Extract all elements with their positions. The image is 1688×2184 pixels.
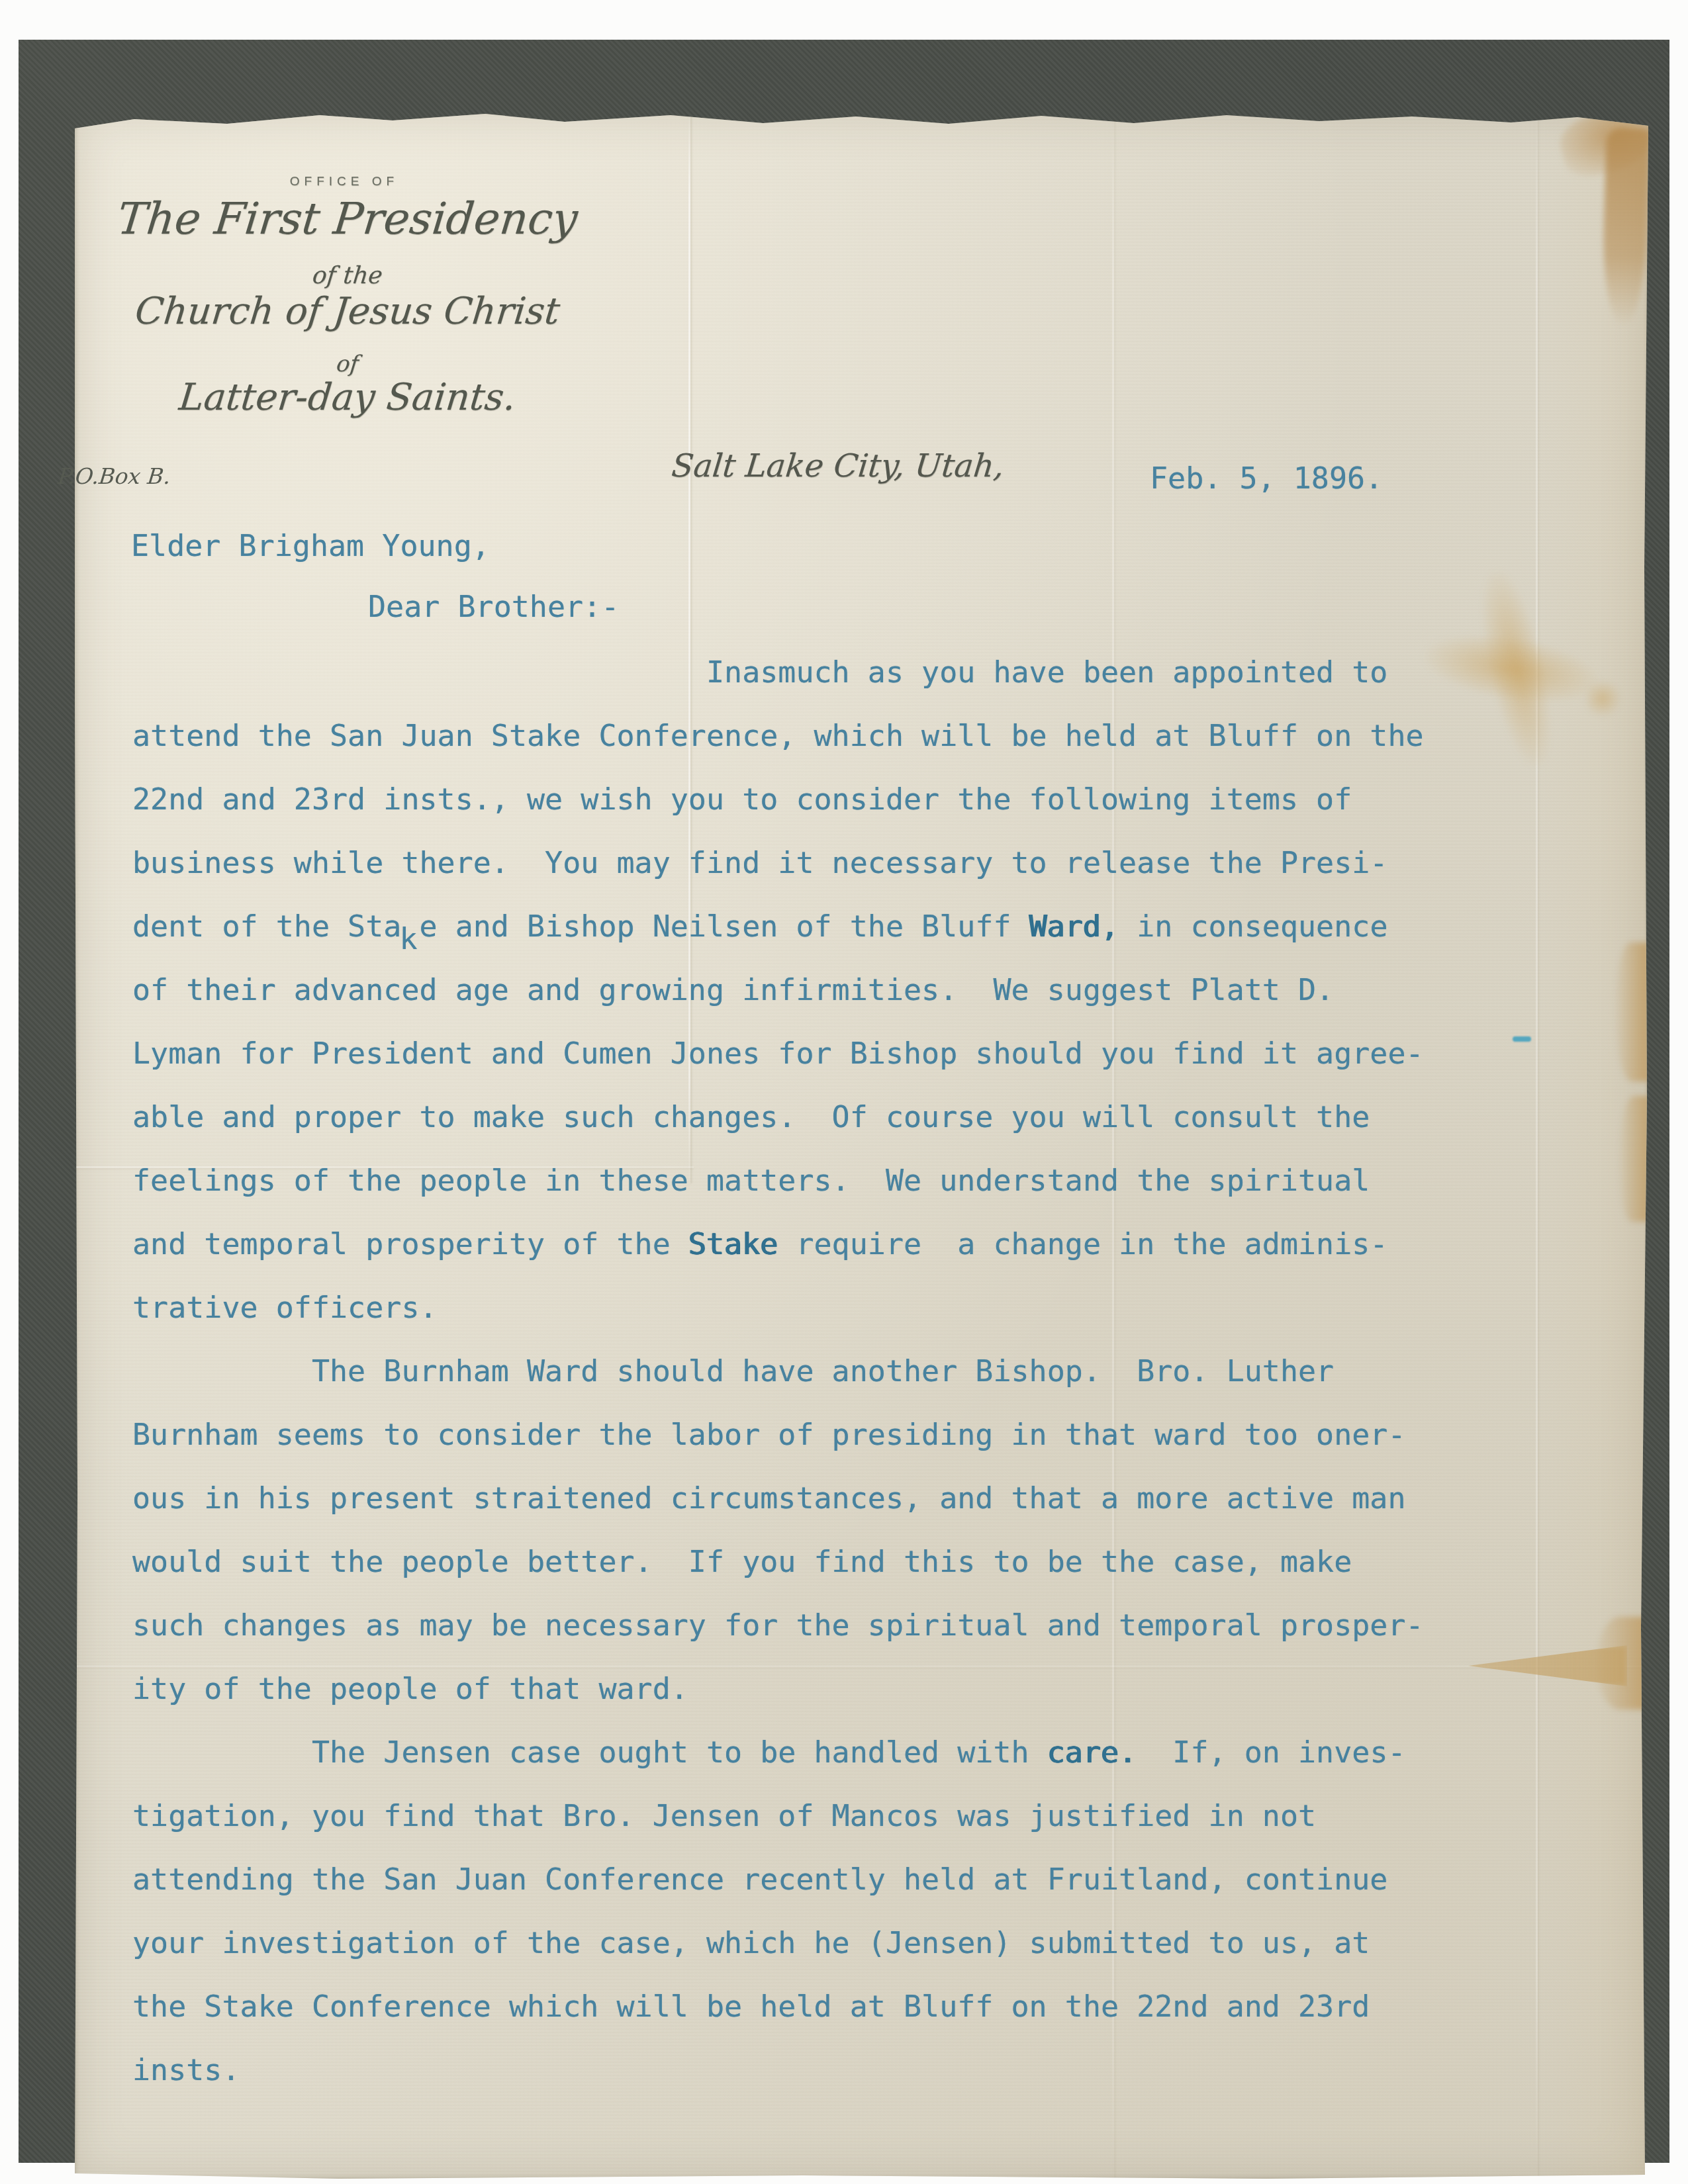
- body-line: insts.: [132, 2053, 1424, 2116]
- body-line: the Stake Conference which will be held …: [132, 1989, 1424, 2053]
- body-line: attend the San Juan Stake Conference, wh…: [132, 719, 1424, 782]
- letterhead-name-line-4: of: [85, 351, 610, 377]
- body-line: your investigation of the case, which he…: [132, 1926, 1424, 1989]
- body-line: dent of the Stake and Bishop Neilsen of …: [132, 909, 1424, 973]
- body-line: trative officers.: [132, 1291, 1424, 1354]
- body-line: Inasmuch as you have been appointed to: [132, 655, 1424, 719]
- body-line: able and proper to make such changes. Of…: [132, 1100, 1424, 1163]
- body-line: and temporal prosperity of the Stake req…: [132, 1227, 1424, 1291]
- body-line: 22nd and 23rd insts., we wish you to con…: [132, 782, 1424, 846]
- dateline-place: Salt Lake City, Utah,: [670, 447, 1006, 484]
- body-line: ous in his present straitened circumstan…: [132, 1481, 1424, 1545]
- body-line: Burnham seems to consider the labor of p…: [132, 1418, 1424, 1481]
- letterhead-name-line-3: Church of Jesus Christ: [84, 290, 612, 333]
- body-line: attending the San Juan Conference recent…: [132, 1862, 1424, 1926]
- ink-mark-blue: [1513, 1036, 1531, 1042]
- letterhead-name-line-2: of the: [85, 262, 610, 289]
- dateline-date: Feb. 5, 1896.: [1150, 461, 1383, 496]
- body-line: The Jensen case ought to be handled with…: [132, 1735, 1424, 1799]
- body-line: such changes as may be necessary for the…: [132, 1608, 1424, 1672]
- body-line: tigation, you find that Bro. Jensen of M…: [132, 1799, 1424, 1862]
- stain-right-edge-1: [1616, 942, 1649, 1081]
- stain-cross-dot: [1583, 680, 1622, 717]
- body-line: would suit the people better. If you fin…: [132, 1545, 1424, 1608]
- body-line: of their advanced age and growing infirm…: [132, 973, 1424, 1036]
- body-line: The Burnham Ward should have another Bis…: [132, 1354, 1424, 1418]
- letterhead-name-line-5: Latter-day Saints.: [84, 376, 612, 419]
- letterhead-name-line-1: The First Presidency: [83, 193, 612, 244]
- body-line: ity of the people of that ward.: [132, 1672, 1424, 1735]
- letter-body: Inasmuch as you have been appointed toat…: [132, 655, 1424, 2116]
- body-line: feelings of the people in these matters.…: [132, 1163, 1424, 1227]
- salutation-line: Dear Brother:-: [368, 589, 619, 624]
- letterhead-office-of: OFFICE OF: [218, 175, 470, 189]
- body-line: business while there. You may find it ne…: [132, 846, 1424, 909]
- scan-page: OFFICE OF The First Presidency of the Ch…: [0, 0, 1688, 2184]
- stain-right-edge-2: [1620, 1096, 1649, 1222]
- letterhead-po-box: P.O.Box B.: [57, 463, 172, 489]
- body-line: Lyman for President and Cumen Jones for …: [132, 1036, 1424, 1100]
- recipient-line: Elder Brigham Young,: [131, 528, 490, 563]
